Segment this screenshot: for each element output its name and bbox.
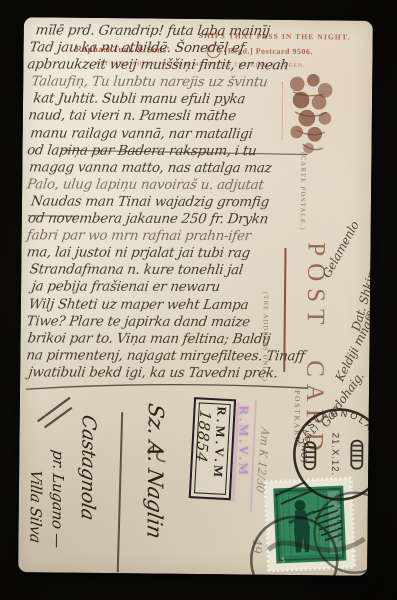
address-town: Castagnola [77, 413, 100, 522]
photo-background: SHIPS THAT PASS IN THE NIGHT. Raphael Tu… [0, 0, 397, 600]
address-villa: Villa Silva [26, 469, 45, 544]
postmark-date: 21.X.12. [329, 433, 340, 477]
stamp-and-postmark-area: HELVETIA 5 CASTAG [246, 400, 373, 576]
address-district: pr. Lugano — [48, 449, 67, 549]
registration-handstamp: R.M.V.M 18854 [189, 397, 236, 500]
postcard: SHIPS THAT PASS IN THE NIGHT. Raphael Tu… [18, 17, 373, 576]
address-name: Sz. A. Naglin [142, 402, 167, 541]
